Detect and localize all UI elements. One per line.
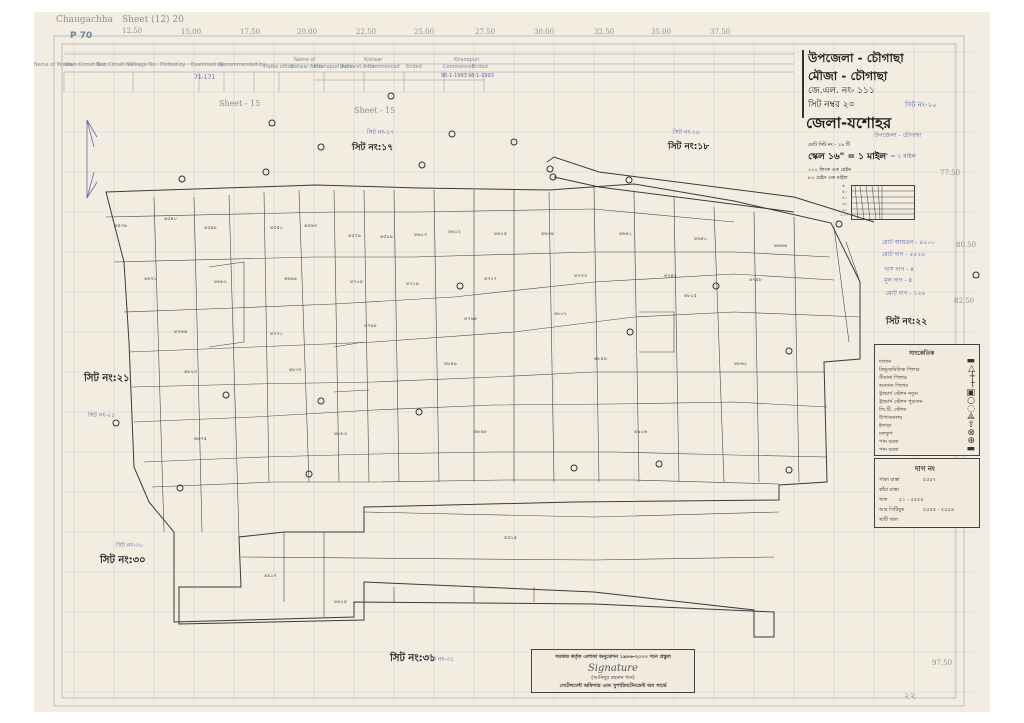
diagonal-scale-lines bbox=[852, 186, 914, 219]
sub-col-commenced: Commenced bbox=[443, 64, 475, 70]
plot-label: ৪৯০৬ bbox=[634, 430, 647, 435]
plot-label: ৪৬৪১ bbox=[619, 232, 632, 237]
adjacent-sheet-southwest: সিট নং:৩০ bbox=[100, 556, 146, 566]
scale-row-label: ৬ bbox=[842, 184, 845, 188]
col-kistwar: Kistwar bbox=[364, 57, 382, 63]
col-khanapuri: Khanapuri bbox=[454, 57, 480, 63]
legend-item: ট্রাভার্স স্টেশন পুরাতন bbox=[879, 399, 923, 407]
scale-text: স্কেল ১৬" = ১ মাইল bbox=[808, 153, 886, 162]
grid-tick: 32.50 bbox=[594, 29, 614, 36]
legend-item: সীমানা পিলার bbox=[879, 375, 907, 383]
scale-row-label: ৫০ bbox=[842, 190, 847, 194]
plot-label: ৪৭৬৬ bbox=[174, 330, 187, 335]
grid-tick: 20.00 bbox=[297, 29, 317, 36]
betel-garden-fill-icon: ▬ bbox=[966, 445, 975, 454]
jl-number: জে.এল. নং- ১১১ bbox=[808, 87, 875, 96]
plot-label: ৪৮২৩ bbox=[184, 370, 197, 375]
sheet-number-ink: সিট নং-২০ bbox=[905, 102, 937, 109]
plot-label: ৪৭৯৪ bbox=[464, 317, 477, 322]
plot-label: ৪৬১২ bbox=[448, 230, 461, 235]
plot-label: ৪৬৮২ bbox=[214, 280, 227, 285]
title-divider bbox=[802, 50, 804, 118]
page-code: P 70 bbox=[70, 32, 92, 41]
sub-col-ended: Ended bbox=[406, 64, 422, 70]
plot-legend-value: ৫১ - ৫৫৫৪ bbox=[899, 497, 923, 505]
legend-item: পান বরজ bbox=[879, 447, 898, 455]
pencil-mouza-name: Chaugachha bbox=[56, 16, 113, 25]
plot-label: ৪৭৮৮ bbox=[364, 324, 377, 329]
district-ink-note: উপজেলা - চৌগাছা bbox=[874, 133, 921, 139]
legend-item: নলকূপ bbox=[879, 431, 893, 439]
khanapuri-ended-value: 98-1-1993 bbox=[468, 74, 494, 79]
plot-label: ৪৮০২ bbox=[554, 312, 567, 317]
khanapuri-commenced-value: 95-1-1993 bbox=[441, 74, 467, 79]
grid-tick: 17.50 bbox=[240, 29, 260, 36]
grid-tick: 82.50 bbox=[954, 298, 974, 305]
plot-label: ৪৭৫৮ bbox=[749, 278, 762, 283]
grid-tick: 22.50 bbox=[356, 29, 376, 36]
scale-row-label: ৪০ bbox=[842, 196, 847, 200]
grid-tick: 80.50 bbox=[956, 242, 976, 249]
grid-tick: 35.00 bbox=[651, 29, 671, 36]
scale-ink-note: ১৬" = ১ মাইল bbox=[878, 154, 916, 160]
area-note: মোট দাগ - ১২৬ bbox=[886, 291, 925, 297]
plot-label: ৪৮৪৯ bbox=[444, 362, 457, 367]
plot-label: ৪৭৩৩ bbox=[574, 274, 587, 279]
legend-item: অন্যান্য পিলার bbox=[879, 383, 908, 391]
plot-label: ৪৭২৭ bbox=[484, 277, 497, 282]
area-note: মোট দাগ - ৫৫২৬ bbox=[882, 252, 925, 258]
plot-label: ৪৫৪৮ bbox=[204, 226, 217, 231]
district-title: জেলা-যশোহর bbox=[806, 116, 891, 131]
pencil-sheet-note-2: Sheet - 15 bbox=[219, 100, 260, 108]
plot-label: ৪৮১৫ bbox=[684, 294, 697, 299]
plot-label: ৪৭০৪ bbox=[350, 280, 363, 285]
area-note: খাস দাগ - x bbox=[884, 267, 914, 273]
plot-label: ৪৭৪২ bbox=[664, 274, 677, 279]
plot-label: ৪৯১৭ bbox=[264, 574, 277, 579]
scale-row-label: ৩০ bbox=[842, 202, 847, 206]
stamp-line-3: সেটেলমেন্ট অফিসার এবং সুপারিনটেনডেন্ট অব… bbox=[532, 683, 694, 691]
legend-item: ত্রিভূজমিতিক পিলার bbox=[879, 367, 920, 375]
plot-label: ৪৮৮৩ bbox=[334, 432, 347, 437]
area-note: মোট আয়তন - ৪৫০০ bbox=[882, 240, 935, 246]
plot-label: ৪৬৩৪ bbox=[541, 232, 554, 237]
plot-label: ৪৫৪০ bbox=[164, 217, 177, 222]
grid-tick: 12.50 bbox=[122, 28, 142, 35]
plot-label: ৪৮৯৮ bbox=[474, 430, 487, 435]
plot-label: ৪৬৫০ bbox=[694, 237, 707, 242]
scale-note-2: ৮০ চেইন এক মাইল bbox=[808, 176, 847, 181]
col-sub-circuit: Sub Circuit No. bbox=[97, 62, 134, 68]
plot-legend-item: আর সিটিবুক bbox=[879, 507, 904, 515]
diagonal-scale bbox=[851, 185, 915, 220]
plot-label: ৪৫৬৩ bbox=[304, 224, 317, 229]
plot-label: ৪৬৯৯ bbox=[284, 277, 297, 282]
signature: Signature bbox=[532, 663, 694, 674]
plot-legend-title: দাগ নং bbox=[915, 463, 935, 475]
pencil-sheet-number: Sheet (12) 20 bbox=[122, 16, 184, 25]
grid-tick: 15.00 bbox=[181, 29, 201, 36]
legend-item: জি.টি. স্টেশন bbox=[879, 407, 906, 415]
plot-label: ৪৬০৩ bbox=[414, 233, 427, 238]
plot-number-legend: দাগ নং পাকা রাস্তা ৫৫৫৭ কাঁচা রাস্তা খাল… bbox=[874, 458, 980, 528]
plot-label: ৪৫৭৯ bbox=[348, 234, 361, 239]
village-no-value: 71-171 bbox=[194, 75, 215, 81]
plot-label: ৪৫৮৯ bbox=[380, 235, 393, 240]
plot-label: ৪৫৩৯ bbox=[114, 224, 127, 229]
road-plot-label: ৫৫১৫ bbox=[504, 536, 517, 541]
grid-tick: 77.50 bbox=[940, 170, 960, 177]
adjacent-sheet-north-right: সিট নং:১৮ bbox=[668, 143, 709, 152]
plot-legend-value: ৫৫৫৫ - ৫৫৫৬ bbox=[923, 507, 954, 515]
plot-label: ৪৬৭১ bbox=[144, 277, 157, 282]
adjacent-sheet-ink: সিট নং-১৮ bbox=[673, 130, 700, 136]
legend-item: ট্রাভার্স স্টেশন নতুন bbox=[879, 391, 918, 399]
col-examined-by: Examined by bbox=[191, 62, 224, 68]
col-recommended-by: Recommended by bbox=[220, 62, 265, 68]
attestation-stamp: সরকার কর্তৃক এলাকা অনুমোদন ১৯৮৬-২০০০ সনে… bbox=[531, 649, 695, 693]
sub-col-ended: Ended bbox=[472, 64, 488, 70]
adjacent-sheet-east: সিট নং:২২ bbox=[886, 318, 927, 327]
plot-label: ৪৫৫১ bbox=[270, 226, 283, 231]
area-note: মূল দাগ - x bbox=[884, 278, 912, 284]
grid-tick: 97.50 bbox=[932, 660, 952, 667]
adjacent-sheet-ink: সিট নং-১৭ bbox=[367, 130, 394, 136]
sub-col-commenced: Commenced bbox=[368, 64, 400, 70]
legend-title: সাংকেতিক bbox=[909, 348, 934, 359]
print-number: মোট সিট নং - ১৯ টি bbox=[808, 143, 850, 148]
grid-tick: 27.50 bbox=[475, 29, 495, 36]
map-sheet: Chaugachha Sheet (12) 20 P 70 12.50 15.0… bbox=[34, 12, 990, 712]
grid-tick: 30.00 bbox=[534, 29, 554, 36]
col-village-no: Village No. bbox=[130, 62, 157, 68]
legend-item: উপাসনালয় bbox=[879, 415, 902, 423]
adjacent-sheet-ink: সিট নং-২১ bbox=[88, 413, 115, 419]
plot-legend-item: খাটি খাল bbox=[879, 517, 898, 525]
sheet-number: সিট নম্বর ২০ bbox=[808, 101, 854, 110]
pencil-sheet-note: Sheet - 15 bbox=[354, 107, 395, 115]
scale-row-label: ১০০ bbox=[840, 213, 848, 217]
stamp-line-2: (আনিছুর রহমান খান) bbox=[532, 675, 694, 683]
plot-label: ৪৭১৯ bbox=[406, 282, 419, 287]
plot-legend-item: কাঁচা রাস্তা bbox=[879, 487, 899, 495]
adjacent-sheet-ink: সিট নং-৩০ bbox=[116, 543, 143, 549]
plot-label: ৪৬২৫ bbox=[494, 232, 507, 237]
legend-item: পান বরজ bbox=[879, 439, 898, 447]
grid-tick: 25.00 bbox=[414, 29, 434, 36]
plot-legend-item: পাকা রাস্তা bbox=[879, 477, 900, 485]
adjacent-sheet-north-left: সিট নং:১৭ bbox=[352, 144, 393, 153]
upazila-title: উপজেলা - চৌগাছা bbox=[808, 52, 904, 64]
grid-tick: 37.50 bbox=[710, 29, 730, 36]
scale-note-1: ১০০ লিংক এক চেইন bbox=[808, 168, 851, 173]
mouza-title: মৌজা - চৌগাছা bbox=[808, 70, 887, 82]
plot-legend-item: খাল bbox=[879, 497, 887, 505]
stamp-line-1: সরকার কর্তৃক এলাকা অনুমোদন ১৯৮৬-২০০০ সনে… bbox=[532, 654, 694, 662]
plot-label: ৪৯২৪ bbox=[334, 600, 347, 605]
plot-label: ৪৬৬৬ bbox=[774, 244, 787, 249]
col-plotted-by: Plotted by bbox=[160, 62, 185, 68]
plot-label: ৪৮৩৭ bbox=[289, 368, 302, 373]
plot-label: ৪৮৬২ bbox=[734, 362, 747, 367]
plot-legend-value: ৫৫৫৭ bbox=[923, 477, 936, 485]
col-name-of: Name of bbox=[294, 57, 315, 63]
legend-item: ইন্দারা bbox=[879, 423, 891, 431]
plot-label: ৪৮৭৫ bbox=[194, 437, 207, 442]
pencil-corner-note: ২২ bbox=[904, 692, 916, 701]
symbol-legend: সাংকেতিক দালান ▬ ত্রিভূজমিতিক পিলার △ সী… bbox=[874, 344, 980, 456]
legend-item: দালান bbox=[879, 359, 891, 367]
plot-label: ৪৭৭১ bbox=[270, 332, 283, 337]
plot-label: ৪৮৫৪ bbox=[594, 357, 607, 362]
adjacent-sheet-ink: সিট নং-৩১ bbox=[427, 657, 454, 663]
adjacent-sheet-west: সিট নং:২১ bbox=[84, 374, 130, 384]
